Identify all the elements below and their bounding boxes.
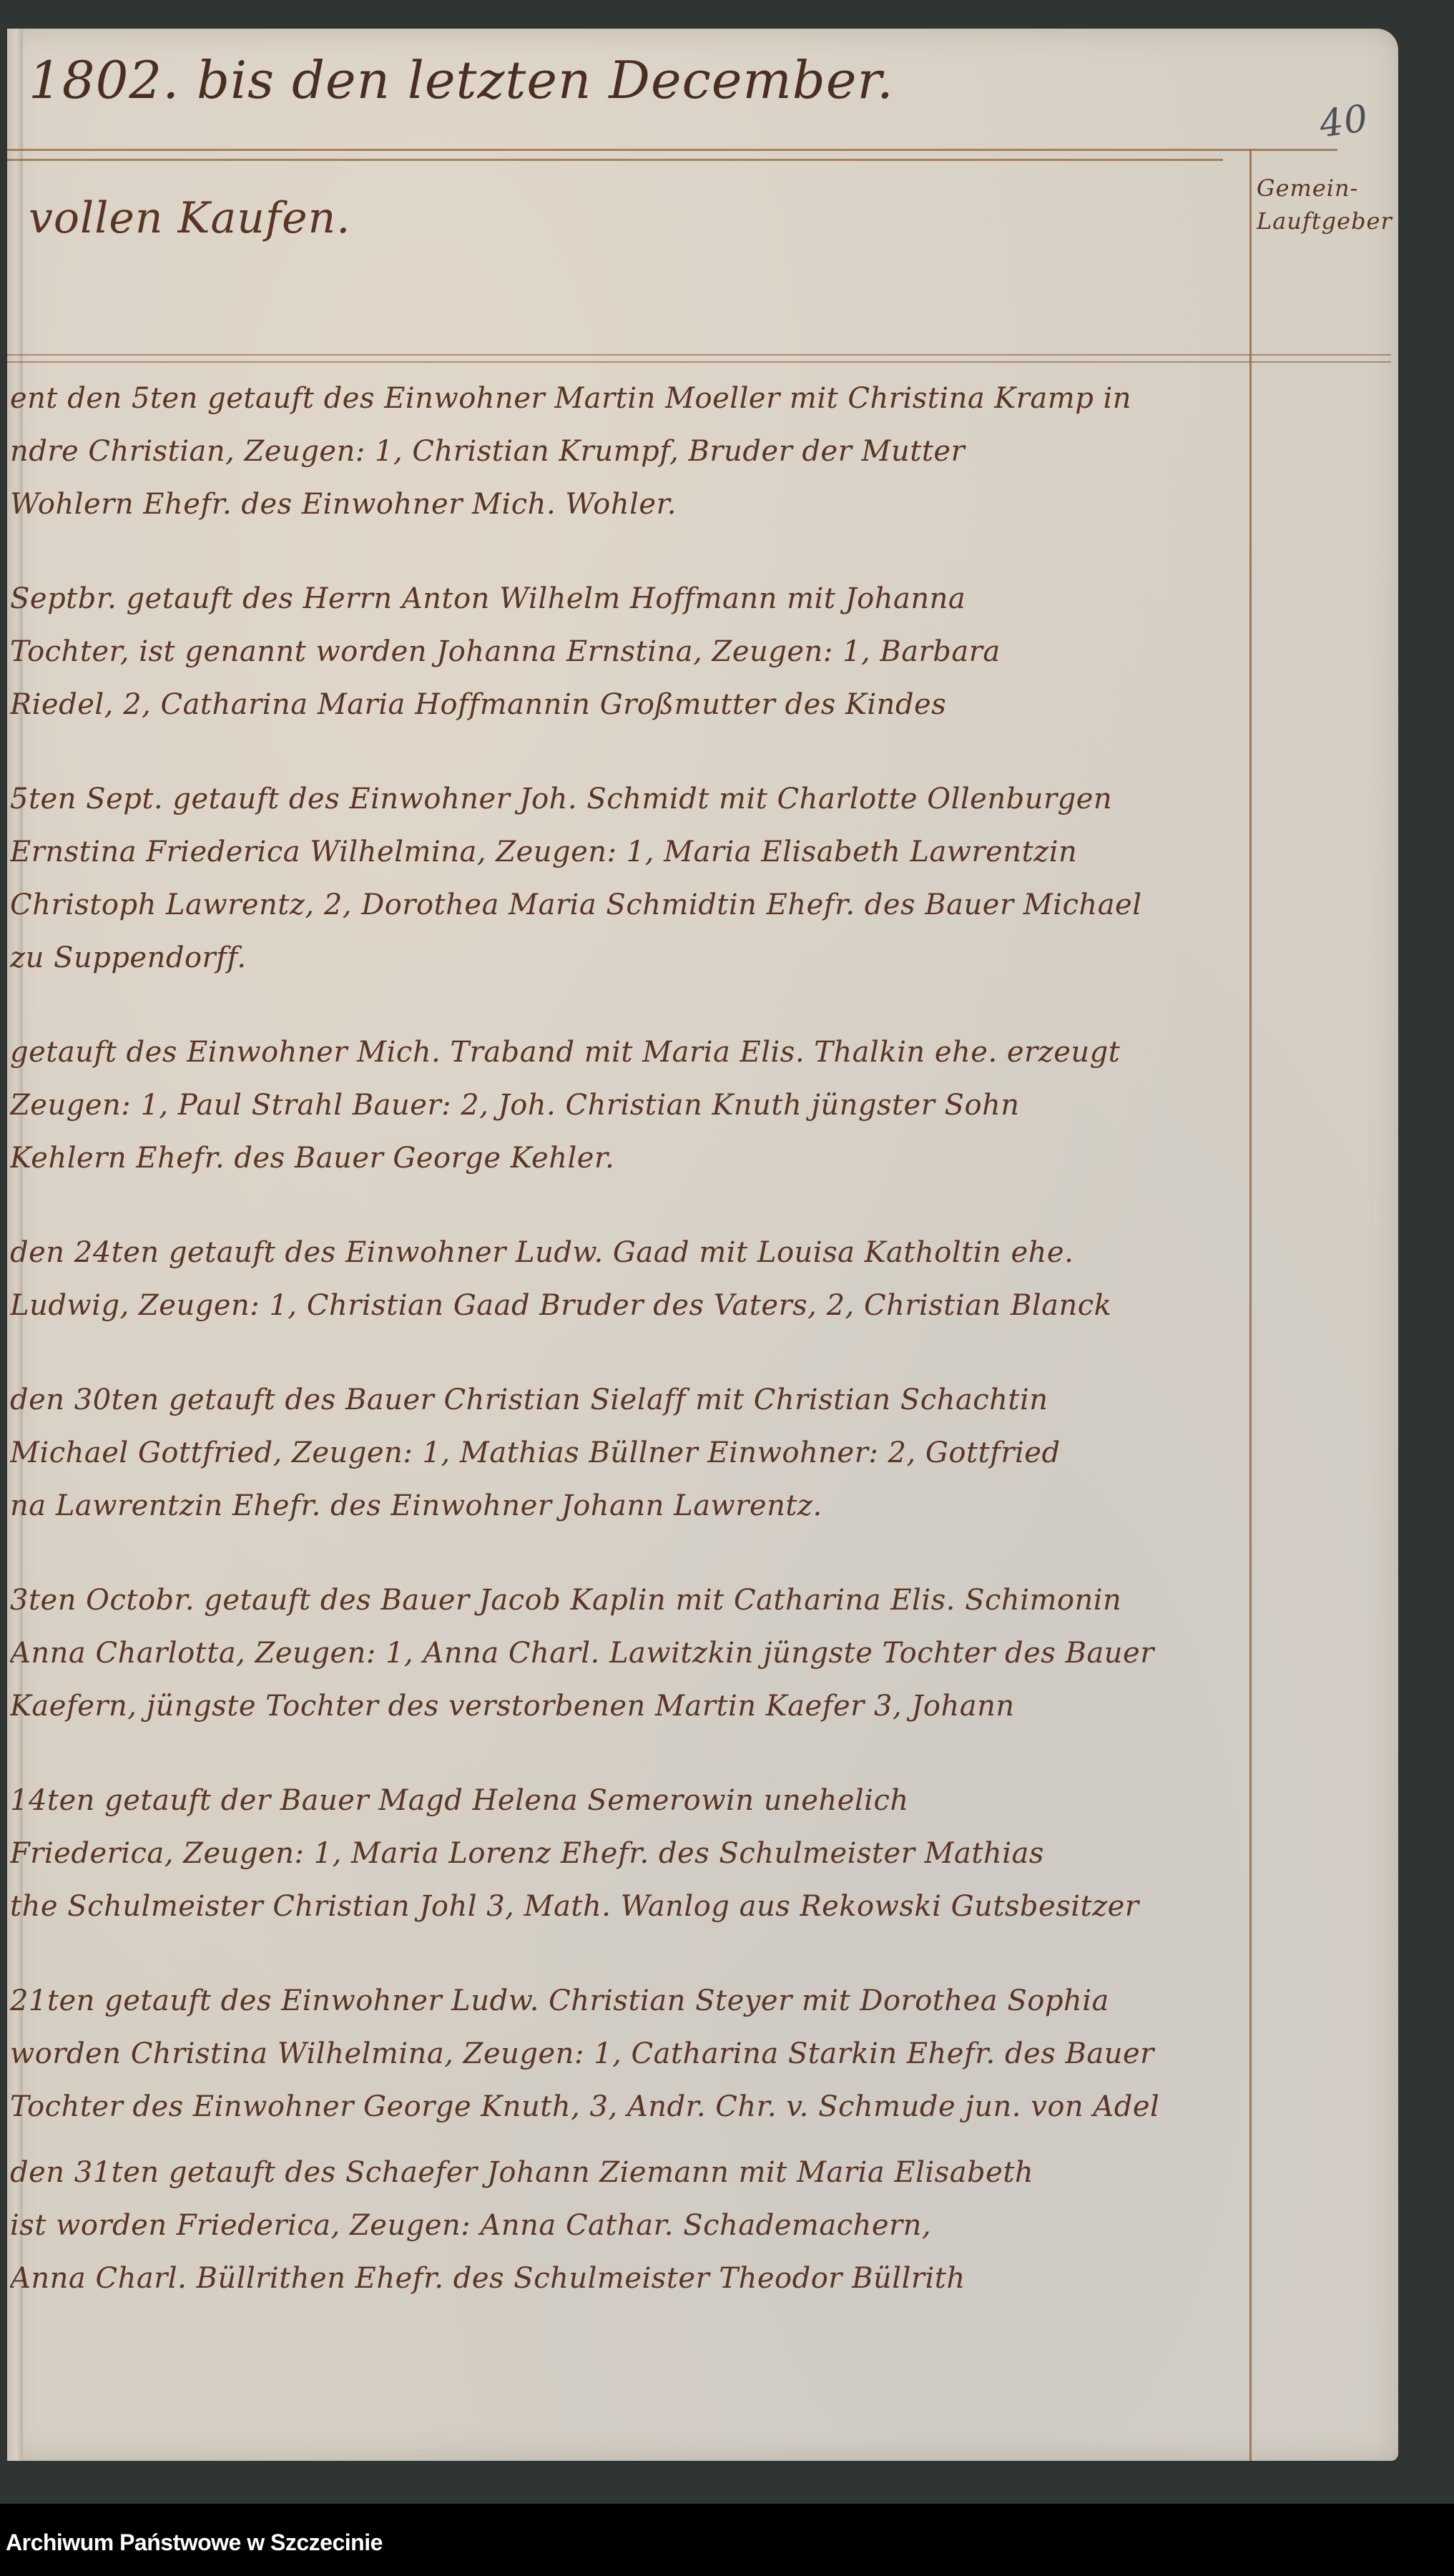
entry-line: getauft des Einwohner Mich. Traband mit …: [10, 1026, 1240, 1079]
entry-line: Tochter des Einwohner George Knuth, 3, A…: [10, 2080, 1240, 2133]
register-entry: 21ten getauft des Einwohner Ludw. Christ…: [10, 1974, 1240, 2133]
baptism-entries: ent den 5ten getauft des Einwohner Marti…: [10, 372, 1240, 2346]
entry-line: Kaefern, jüngste Tochter des verstorbene…: [10, 1680, 1240, 1733]
entry-line: 3ten Octobr. getauft des Bauer Jacob Kap…: [10, 1574, 1240, 1627]
entry-line: den 30ten getauft des Bauer Christian Si…: [10, 1373, 1240, 1426]
entry-line: Riedel, 2, Catharina Maria Hoffmannin Gr…: [10, 678, 1240, 731]
register-entry: 5ten Sept. getauft des Einwohner Joh. Sc…: [10, 773, 1240, 984]
entry-line: Michael Gottfried, Zeugen: 1, Mathias Bü…: [10, 1426, 1240, 1479]
register-entry: 14ten getauft der Bauer Magd Helena Seme…: [10, 1774, 1240, 1933]
entry-line: Kehlern Ehefr. des Bauer George Kehler.: [10, 1132, 1240, 1185]
entry-line: Anna Charl. Büllrithen Ehefr. des Schulm…: [10, 2252, 1240, 2305]
archive-name: Archiwum Państwowe w Szczecinie: [6, 2530, 383, 2556]
register-entry: den 24ten getauft des Einwohner Ludw. Ga…: [10, 1226, 1240, 1332]
entry-line: Friederica, Zeugen: 1, Maria Lorenz Ehef…: [10, 1827, 1240, 1880]
entry-line: 21ten getauft des Einwohner Ludw. Christ…: [10, 1974, 1240, 2027]
register-entry: ent den 5ten getauft des Einwohner Marti…: [10, 372, 1240, 531]
section-rule-upper: [7, 354, 1391, 356]
page-title: 1802. bis den letzten December.: [29, 50, 894, 110]
entry-line: worden Christina Wilhelmina, Zeugen: 1, …: [10, 2027, 1240, 2080]
register-entry: den 30ten getauft des Bauer Christian Si…: [10, 1373, 1240, 1532]
archive-footer: Archiwum Państwowe w Szczecinie: [0, 2504, 1454, 2576]
section-rule-lower: [7, 361, 1391, 363]
entry-line: na Lawrentzin Ehefr. des Einwohner Johan…: [10, 1479, 1240, 1532]
entry-line: Anna Charlotta, Zeugen: 1, Anna Charl. L…: [10, 1627, 1240, 1680]
entry-line: 5ten Sept. getauft des Einwohner Joh. Sc…: [10, 773, 1240, 826]
entry-line: ist worden Friederica, Zeugen: Anna Cath…: [10, 2199, 1240, 2252]
entry-line: den 24ten getauft des Einwohner Ludw. Ga…: [10, 1226, 1240, 1279]
header-rule-upper: [7, 149, 1337, 151]
register-entry: 3ten Octobr. getauft des Bauer Jacob Kap…: [10, 1574, 1240, 1733]
register-entry: Septbr. getauft des Herrn Anton Wilhelm …: [10, 572, 1240, 731]
margin-column-rule: [1249, 149, 1252, 2461]
margin-heading-line: Lauftgeber: [1257, 205, 1392, 237]
entry-line: the Schulmeister Christian Johl 3, Math.…: [10, 1880, 1240, 1933]
margin-heading-line: Gemein-: [1257, 172, 1392, 205]
entry-line: ndre Christian, Zeugen: 1, Christian Kru…: [10, 425, 1240, 478]
header-rule-lower: [7, 159, 1223, 161]
entry-line: Zeugen: 1, Paul Strahl Bauer: 2, Joh. Ch…: [10, 1079, 1240, 1132]
entry-line: Christoph Lawrentz, 2, Dorothea Maria Sc…: [10, 878, 1240, 931]
entry-line: Tochter, ist genannt worden Johanna Erns…: [10, 625, 1240, 678]
entry-line: Ludwig, Zeugen: 1, Christian Gaad Bruder…: [10, 1279, 1240, 1332]
folio-number: 40: [1317, 97, 1371, 147]
register-entry: getauft des Einwohner Mich. Traband mit …: [10, 1026, 1240, 1185]
entry-line: Ernstina Friederica Wilhelmina, Zeugen: …: [10, 826, 1240, 878]
entry-line: Wohlern Ehefr. des Einwohner Mich. Wohle…: [10, 478, 1240, 531]
register-entry: den 31ten getauft des Schaefer Johann Zi…: [10, 2146, 1240, 2305]
entry-line: 14ten getauft der Bauer Magd Helena Seme…: [10, 1774, 1240, 1827]
entry-line: Septbr. getauft des Herrn Anton Wilhelm …: [10, 572, 1240, 625]
entry-line: ent den 5ten getauft des Einwohner Marti…: [10, 372, 1240, 425]
margin-column-heading: Gemein- Lauftgeber: [1257, 172, 1392, 237]
entry-line: den 31ten getauft des Schaefer Johann Zi…: [10, 2146, 1240, 2199]
section-heading: vollen Kaufen.: [29, 193, 350, 243]
entry-line: zu Suppendorff.: [10, 931, 1240, 984]
